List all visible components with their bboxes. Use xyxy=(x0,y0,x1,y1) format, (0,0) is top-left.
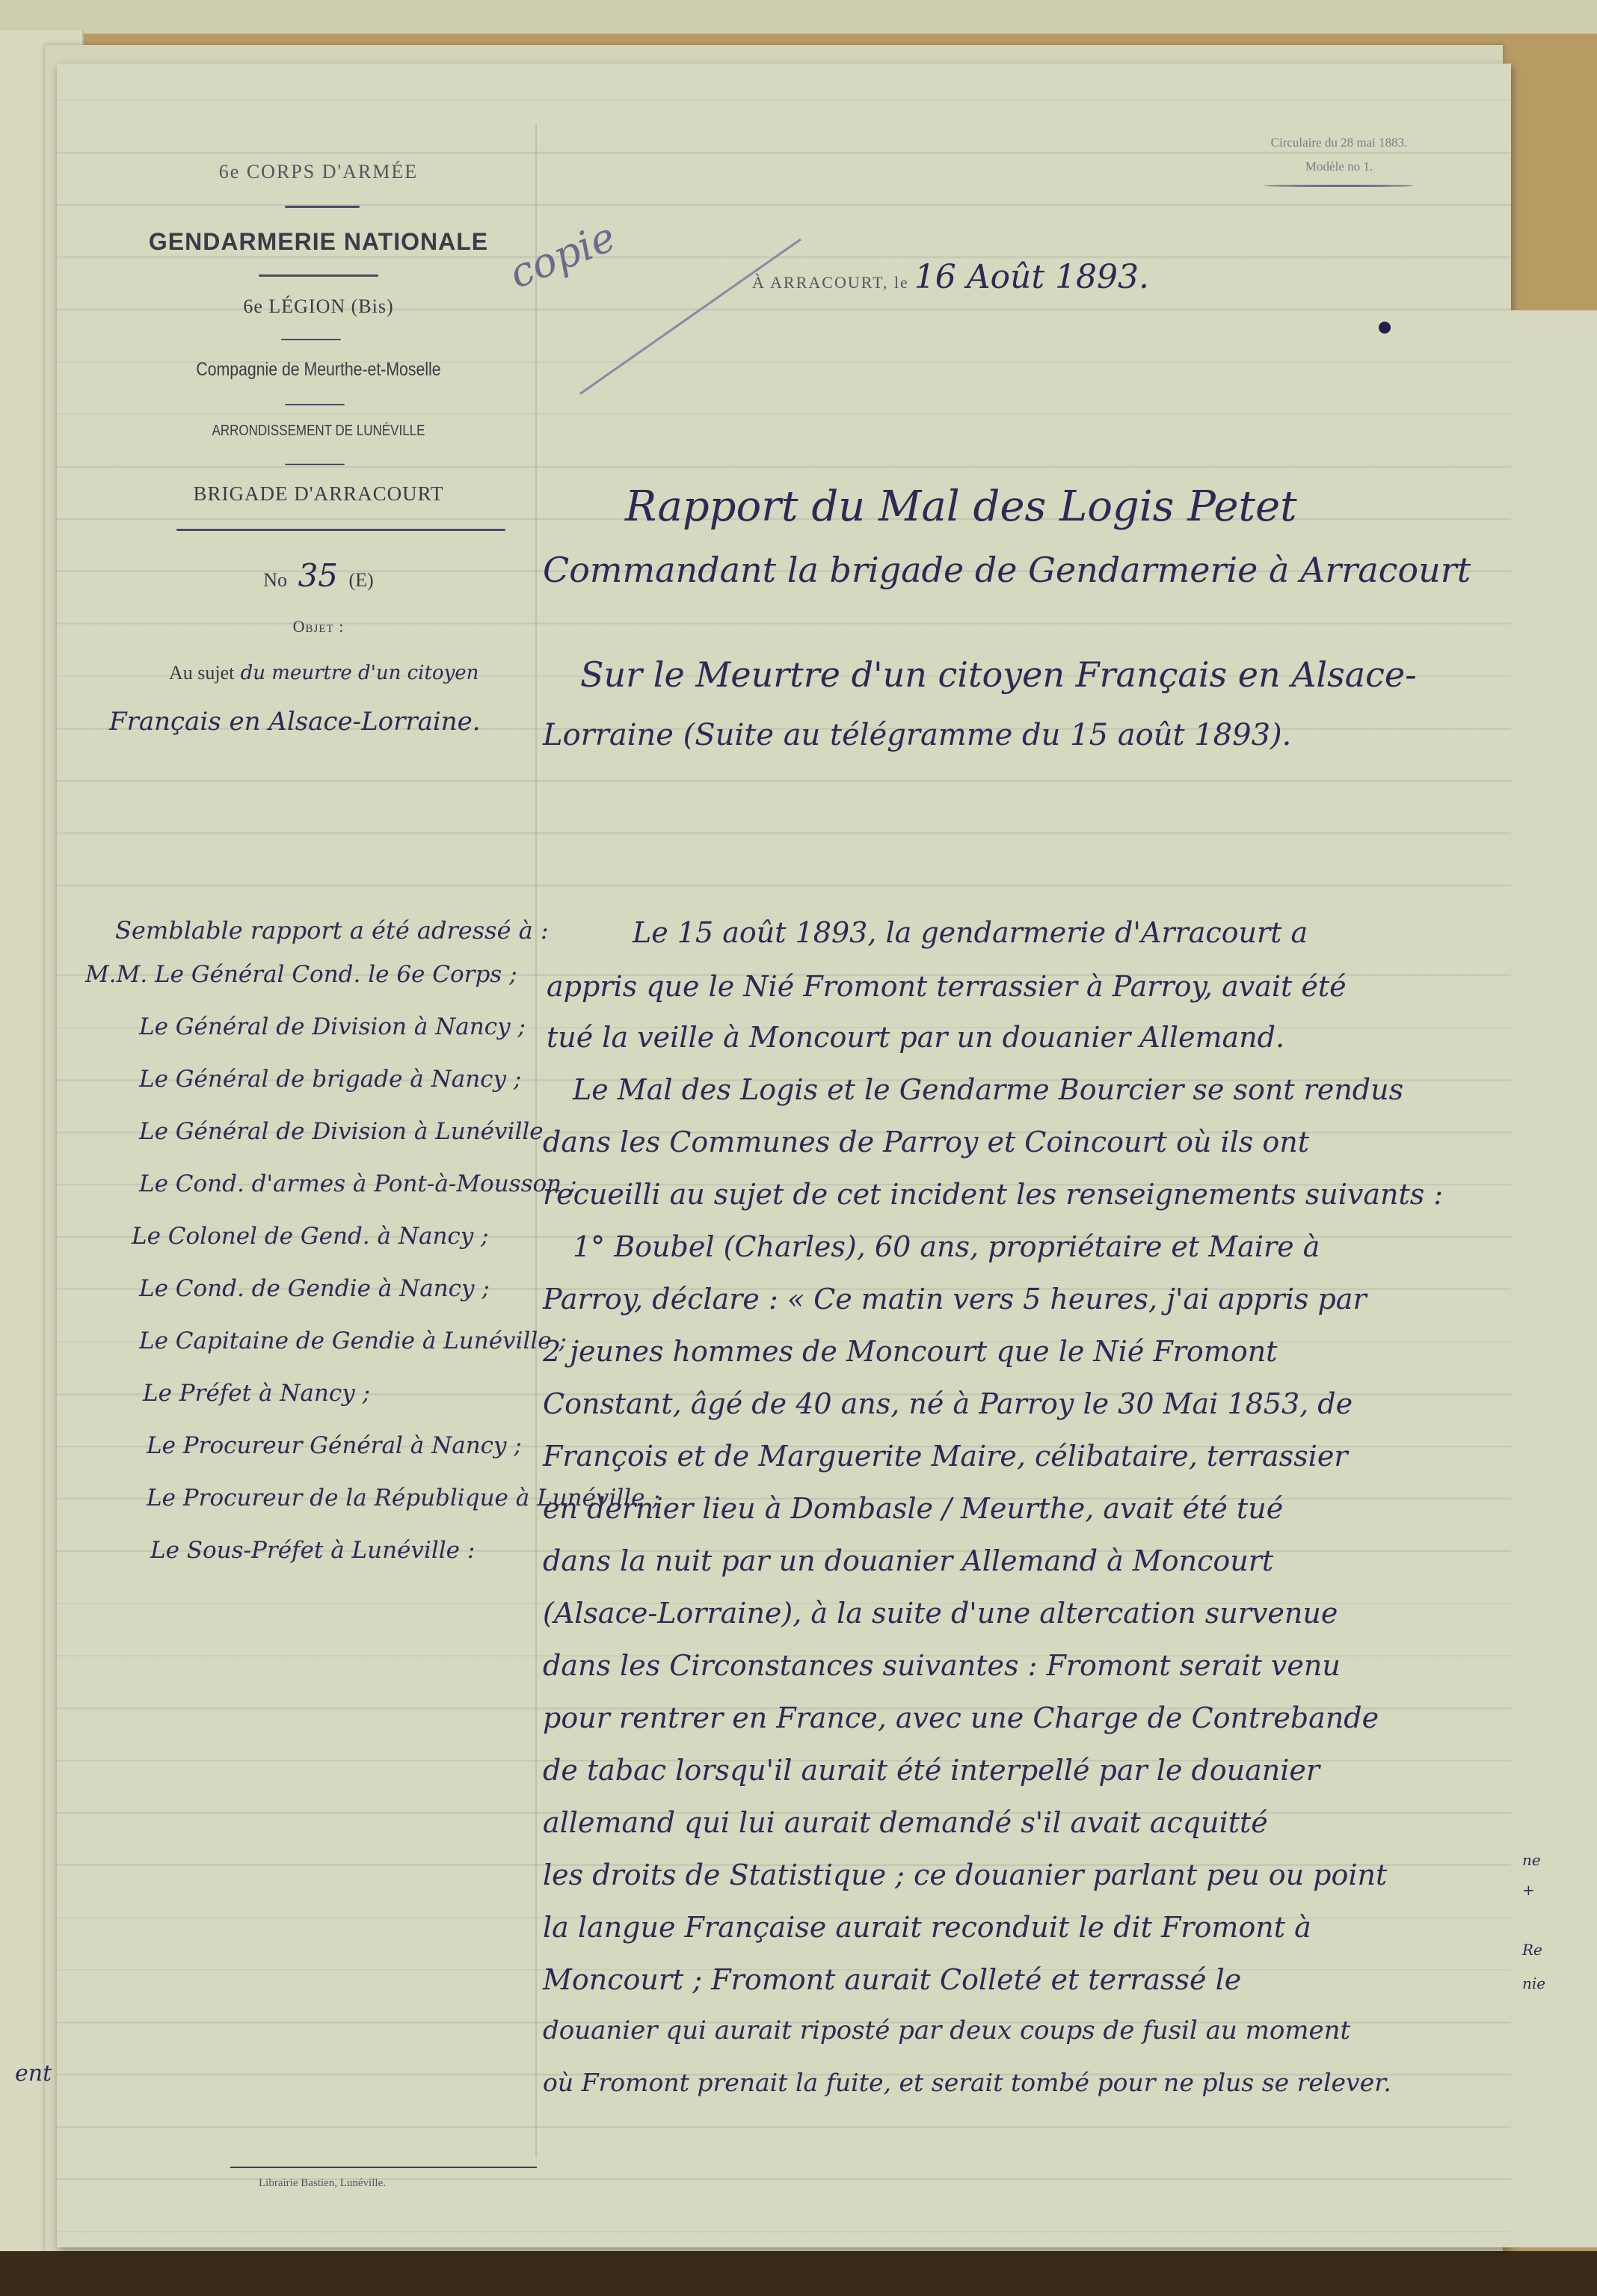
margin-note: nie xyxy=(1522,1974,1545,1992)
body-line: appris que le Nié Fromont terrassier à P… xyxy=(547,970,1347,1003)
body-line: recueilli au sujet de cet incident les r… xyxy=(543,1178,1443,1211)
body-line: de tabac lorsqu'il aurait été interpellé… xyxy=(543,1754,1320,1787)
body-line: la langue Française aurait reconduit le … xyxy=(543,1911,1311,1944)
recipients-heading: Semblable rapport a été adressé à : xyxy=(115,916,549,945)
brigade-heading: BRIGADE D'ARRACOURT xyxy=(124,482,513,506)
body-line: Le 15 août 1893, la gendarmerie d'Arraco… xyxy=(633,916,1308,949)
printer-imprint: Librairie Bastien, Lunéville. xyxy=(259,2177,386,2190)
recipient-item: Le Général de Division à Lunéville xyxy=(139,1118,544,1145)
ink-dot xyxy=(1379,322,1391,334)
desk-edge xyxy=(0,2251,1597,2296)
recipient-item: Le Préfet à Nancy ; xyxy=(143,1380,370,1407)
recipient-item: Le Procureur Général à Nancy ; xyxy=(147,1432,522,1459)
objet-label: Objet : xyxy=(124,617,513,636)
corps-heading: 6e CORPS D'ARMÉE xyxy=(124,161,513,183)
recipient-item: M.M. Le Général Cond. le 6e Corps ; xyxy=(85,961,517,988)
number-prefix: No xyxy=(263,569,287,591)
body-line: Le Mal des Logis et le Gendarme Bourcier… xyxy=(573,1073,1403,1106)
recipient-item: Le Cond. de Gendie à Nancy ; xyxy=(139,1275,490,1302)
body-line: dans les Communes de Parroy et Coincourt… xyxy=(543,1126,1309,1158)
report-subject-line-1: Sur le Meurtre d'un citoyen Français en … xyxy=(580,654,1417,695)
divider xyxy=(281,339,341,340)
objet-line-1: Au sujet du meurtre d'un citoyen xyxy=(169,662,479,684)
circulaire-reference: Circulaire du 28 mai 1883. Modèle no 1. xyxy=(1219,131,1459,187)
recipient-item: Le Général de brigade à Nancy ; xyxy=(139,1066,521,1093)
circulaire-line-2: Modèle no 1. xyxy=(1305,159,1373,174)
divider xyxy=(285,464,345,465)
document-page: 6e CORPS D'ARMÉE GENDARMERIE NATIONALE 6… xyxy=(57,64,1511,2247)
document-number: No 35 (E) xyxy=(124,557,513,594)
recipient-item: Le Colonel de Gend. à Nancy ; xyxy=(132,1223,489,1250)
body-line: Moncourt ; Fromont aurait Colleté et ter… xyxy=(543,1963,1241,1996)
body-line: dans la nuit par un douanier Allemand à … xyxy=(543,1544,1273,1577)
body-line: les droits de Statistique ; ce douanier … xyxy=(543,1858,1387,1891)
ornament-divider xyxy=(176,529,505,531)
number-suffix: (E) xyxy=(349,569,374,591)
footer-rule xyxy=(230,2167,537,2168)
objet-printed: Au sujet xyxy=(169,662,234,684)
body-line: tué la veille à Moncourt par un douanier… xyxy=(547,1021,1284,1054)
ornament-divider xyxy=(259,274,378,277)
body-line: allemand qui lui aurait demandé s'il ava… xyxy=(543,1806,1268,1839)
ornament-divider xyxy=(1264,185,1414,187)
body-line: Constant, âgé de 40 ans, né à Parroy le … xyxy=(543,1387,1353,1420)
body-line: 1° Boubel (Charles), 60 ans, propriétair… xyxy=(573,1230,1320,1263)
body-line: 2 jeunes hommes de Moncourt que le Nié F… xyxy=(543,1335,1277,1368)
recipient-item: Le Cond. d'armes à Pont-à-Mousson ; xyxy=(139,1170,576,1197)
background-sheet-top xyxy=(0,0,1597,34)
dateline: À ARRACOURT, le 16 Août 1893. xyxy=(752,258,1149,296)
objet-line-2: Français en Alsace-Lorraine. xyxy=(109,707,481,737)
body-line: où Fromont prenait la fuite, et serait t… xyxy=(543,2068,1391,2097)
compagnie-heading: Compagnie de Meurthe-et-Moselle xyxy=(153,359,484,381)
circulaire-line-1: Circulaire du 28 mai 1883. xyxy=(1271,135,1408,150)
margin-note: + xyxy=(1522,1881,1535,1899)
dateline-printed: À ARRACOURT, le xyxy=(752,273,909,292)
margin-note: ne xyxy=(1522,1851,1541,1869)
left-edge-note: ent xyxy=(15,2060,52,2087)
dateline-date: 16 Août 1893. xyxy=(914,258,1149,296)
recipient-item: Le Sous-Préfet à Lunéville : xyxy=(150,1537,475,1564)
report-title-line-2: Commandant la brigade de Gendarmerie à A… xyxy=(543,550,1471,590)
report-title-line-1: Rapport du Mal des Logis Petet xyxy=(625,482,1297,531)
gendarmerie-heading: GENDARMERIE NATIONALE xyxy=(124,228,513,256)
recipient-item: Le Capitaine de Gendie à Lunéville ; xyxy=(139,1327,567,1354)
body-line: douanier qui aurait riposté par deux cou… xyxy=(543,2016,1350,2045)
body-line: François et de Marguerite Maire, célibat… xyxy=(543,1440,1348,1473)
legion-heading: 6e LÉGION (Bis) xyxy=(124,295,513,318)
report-subject-line-2: Lorraine (Suite au télégramme du 15 août… xyxy=(543,718,1291,752)
ornament-divider xyxy=(285,206,360,208)
arrondissement-heading: ARRONDISSEMENT DE LUNÉVILLE xyxy=(153,423,484,440)
body-line: dans les Circonstances suivantes : Fromo… xyxy=(543,1649,1341,1682)
body-line: en dernier lieu à Dombasle / Meurthe, av… xyxy=(543,1492,1283,1525)
divider xyxy=(285,404,345,405)
body-line: pour rentrer en France, avec une Charge … xyxy=(543,1701,1379,1734)
number-value: 35 xyxy=(298,557,338,594)
body-line: (Alsace-Lorraine), à la suite d'une alte… xyxy=(543,1597,1338,1630)
objet-handwritten: du meurtre d'un citoyen xyxy=(241,662,479,684)
margin-note: Re xyxy=(1522,1941,1542,1959)
body-line: Parroy, déclare : « Ce matin vers 5 heur… xyxy=(543,1283,1367,1316)
recipient-item: Le Général de Division à Nancy ; xyxy=(139,1013,526,1040)
